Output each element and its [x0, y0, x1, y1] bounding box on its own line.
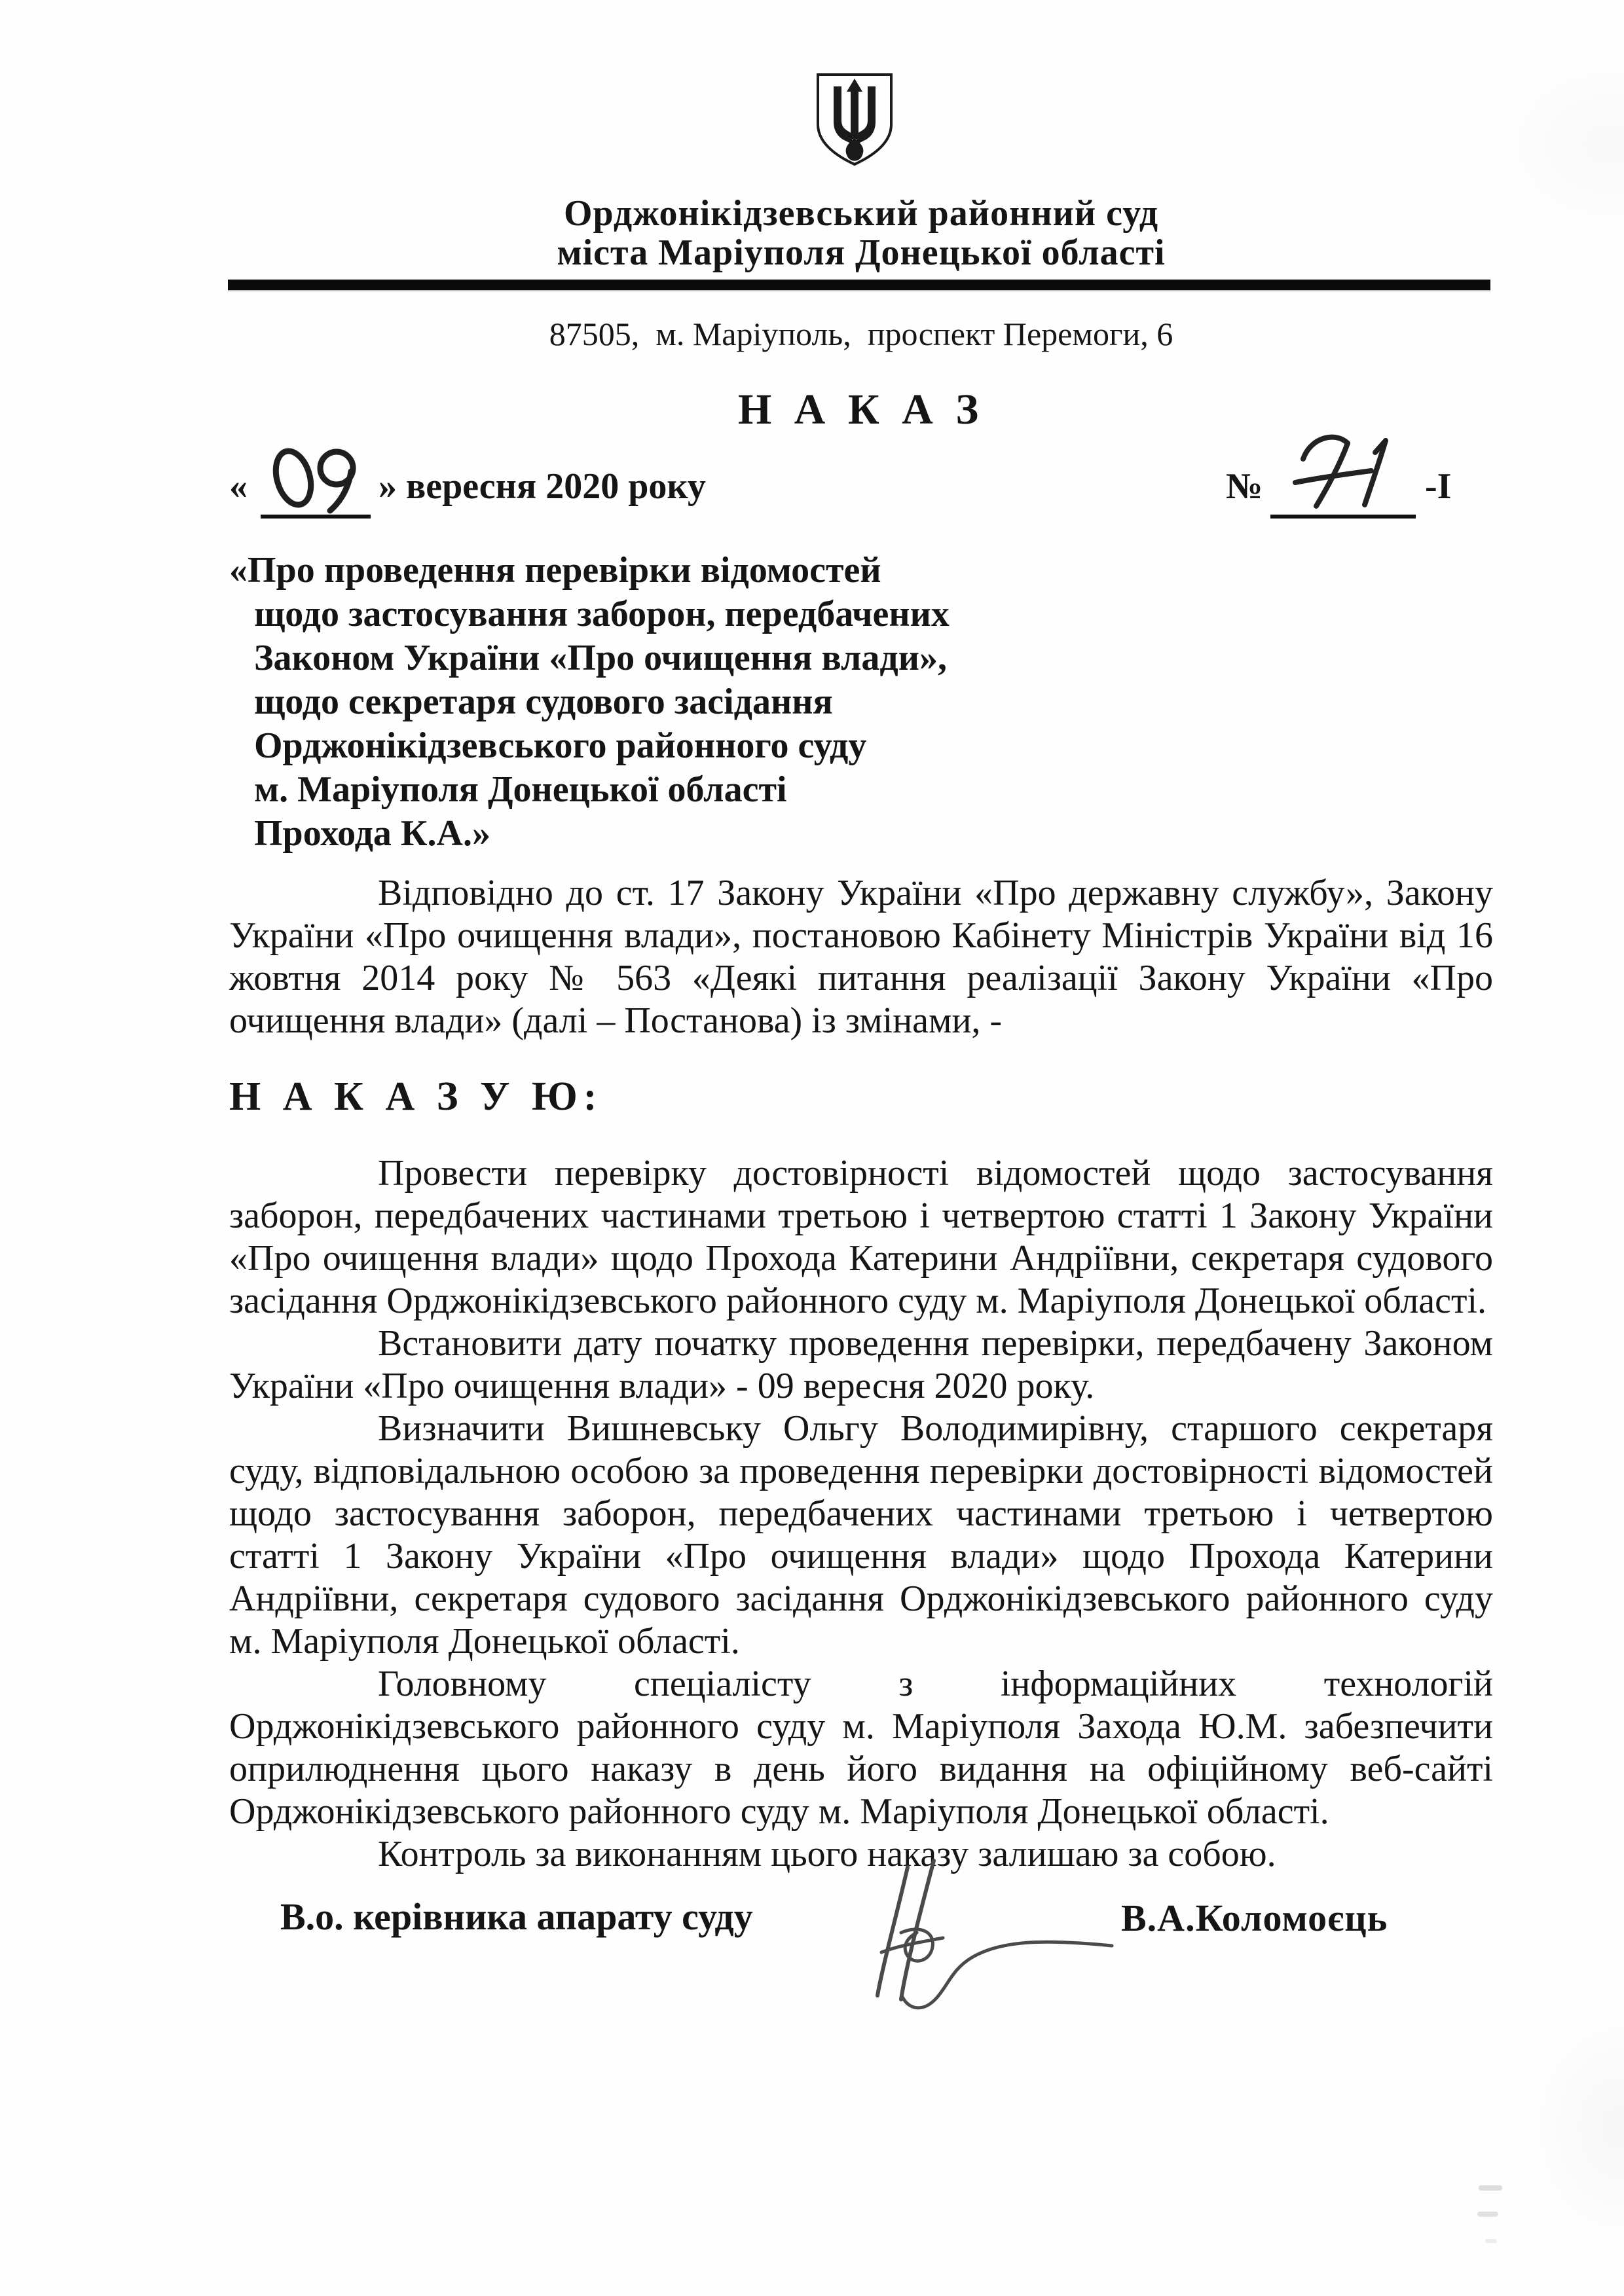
scan-smudge: [1477, 2212, 1498, 2217]
court-address: 87505, м. Маріуполь, проспект Перемоги, …: [229, 316, 1493, 352]
order-subject: «Про проведення перевірки відомостей щод…: [229, 549, 1002, 856]
handwritten-day-09: [265, 437, 369, 516]
order-body: Провести перевірку достовірності відомос…: [229, 1152, 1493, 1876]
subject-line: Орджонікідзевського районного суду: [229, 724, 1002, 768]
court-name-line1: Орджонікідзевський районний суд: [229, 194, 1493, 233]
court-name-line2: міста Маріуполя Донецької області: [229, 233, 1493, 272]
subject-line: Законом України «Про очищення влади»,: [229, 636, 1002, 680]
subject-line: «Про проведення перевірки відомостей: [229, 549, 1002, 592]
signer-position-title: В.о. керівника апарату суду: [280, 1895, 753, 1939]
ukraine-tryzub-emblem-icon: [814, 71, 895, 169]
intro-paragraph: Відповідно до ст. 17 Закону України «Про…: [229, 872, 1493, 1042]
order-number-underline: [1270, 515, 1416, 519]
order-number-suffix: -І: [1425, 466, 1451, 507]
intro-section: Відповідно до ст. 17 Закону України «Про…: [229, 872, 1493, 1042]
handwritten-signature: [842, 1853, 1124, 2030]
date-text: » вересня 2020 року: [378, 466, 706, 507]
scanned-order-page: Орджонікідзевський районний суд міста Ма…: [0, 0, 1624, 2296]
subject-line: щодо застосування заборон, передбачених: [229, 592, 1002, 636]
date-quote-open: «: [229, 466, 248, 507]
scan-smudge: [1485, 2239, 1497, 2243]
order-paragraph: Встановити дату початку проведення перев…: [229, 1322, 1493, 1408]
order-number-label: №: [1226, 466, 1263, 507]
subject-line: Прохода К.А.»: [229, 812, 1002, 856]
signer-name: В.А.Коломоєць: [1121, 1896, 1388, 1940]
order-paragraph: Визначити Вишневську Ольгу Володимирівну…: [229, 1408, 1493, 1663]
header-divider-rule: [228, 280, 1490, 290]
order-paragraph: Головному спеціалісту з інформаційних те…: [229, 1663, 1493, 1833]
order-heading: Н А К А З У Ю:: [229, 1074, 602, 1120]
handwritten-number-71: [1283, 422, 1408, 514]
scan-smudge: [1479, 2185, 1502, 2191]
subject-line: щодо секретаря судового засідання: [229, 680, 1002, 724]
court-name: Орджонікідзевський районний суд міста Ма…: [229, 194, 1493, 272]
subject-line: м. Маріуполя Донецької області: [229, 768, 1002, 812]
order-paragraph: Провести перевірку достовірності відомос…: [229, 1152, 1493, 1322]
